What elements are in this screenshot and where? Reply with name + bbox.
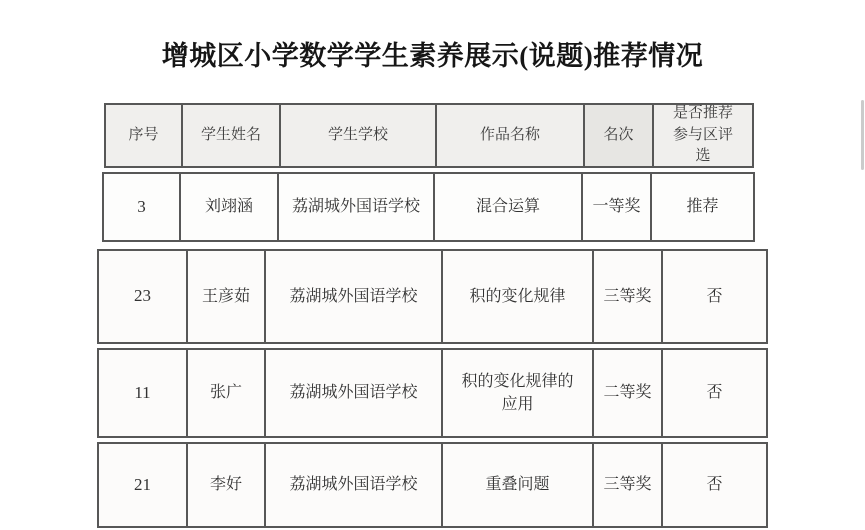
cell-school: 荔湖城外国语学校 <box>266 251 443 342</box>
scrollbar-thumb[interactable] <box>861 100 864 170</box>
column-header-work: 作品名称 <box>437 105 585 166</box>
cell-student-name: 王彦茹 <box>188 251 266 342</box>
cell-school: 荔湖城外国语学校 <box>279 174 435 240</box>
cell-rank: 三等奖 <box>594 251 663 342</box>
cell-school: 荔湖城外国语学校 <box>266 350 443 436</box>
table-header-row: 序号 学生姓名 学生学校 作品名称 名次 是否推荐参与区评选 <box>104 103 754 168</box>
column-header-recommend-label: 是否推荐参与区评选 <box>669 105 737 166</box>
table-row: 11 张广 荔湖城外国语学校 积的变化规律的应用 二等奖 否 <box>97 348 768 438</box>
cell-seq: 21 <box>99 444 188 526</box>
cell-work: 积的变化规律 <box>443 251 594 342</box>
cell-seq: 3 <box>104 174 181 240</box>
table-row: 3 刘翊涵 荔湖城外国语学校 混合运算 一等奖 推荐 <box>102 172 755 242</box>
cell-student-name: 李好 <box>188 444 266 526</box>
cell-work: 混合运算 <box>435 174 583 240</box>
cell-work: 重叠问题 <box>443 444 594 526</box>
column-header-rank: 名次 <box>585 105 654 166</box>
cell-seq: 23 <box>99 251 188 342</box>
cell-rank: 三等奖 <box>594 444 663 526</box>
column-header-school: 学生学校 <box>281 105 437 166</box>
cell-recommend: 推荐 <box>652 174 753 240</box>
cell-recommend: 否 <box>663 350 766 436</box>
cell-student-name: 张广 <box>188 350 266 436</box>
page-title: 增城区小学数学学生素养展示(说题)推荐情况 <box>0 38 865 74</box>
table-row: 21 李好 荔湖城外国语学校 重叠问题 三等奖 否 <box>97 442 768 528</box>
cell-work: 积的变化规律的应用 <box>443 350 594 436</box>
cell-work-label: 积的变化规律的应用 <box>455 370 581 416</box>
cell-recommend: 否 <box>663 251 766 342</box>
cell-rank: 一等奖 <box>583 174 652 240</box>
cell-seq: 11 <box>99 350 188 436</box>
cell-recommend: 否 <box>663 444 766 526</box>
table-row: 23 王彦茹 荔湖城外国语学校 积的变化规律 三等奖 否 <box>97 249 768 344</box>
cell-student-name: 刘翊涵 <box>181 174 279 240</box>
cell-rank: 二等奖 <box>594 350 663 436</box>
document-page: 增城区小学数学学生素养展示(说题)推荐情况 序号 学生姓名 学生学校 作品名称 … <box>0 0 865 530</box>
column-header-recommend: 是否推荐参与区评选 <box>654 105 752 166</box>
column-header-seq: 序号 <box>106 105 183 166</box>
column-header-name: 学生姓名 <box>183 105 281 166</box>
cell-school: 荔湖城外国语学校 <box>266 444 443 526</box>
